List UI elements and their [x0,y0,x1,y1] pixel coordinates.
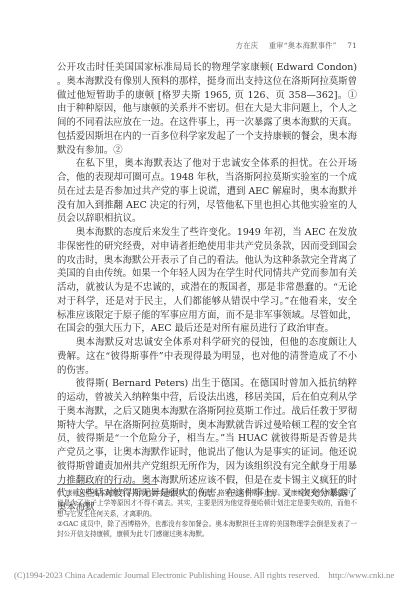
running-header: 方在庆 重审“奥本海默事件” 71 [228,41,357,51]
copyright-footer: (C)1994-2023 China Academic Journal Elec… [14,570,394,580]
footnote-2: ②GAC 成员中，除了西博格外，也都没有参加餐会。奥本海默担任主席的美国物理学会… [57,519,357,540]
paragraph: 奥本海默反对忠诚安全体系对科学研究的侵蚀，但他的态度颇让人费解。这在“彼得斯事件… [57,336,357,377]
paragraph-continued: 公开攻击时任美国国家标准局局长的物理学家康顿( Edward Condon) 。… [57,61,357,157]
header-author: 方在庆 [236,41,258,50]
footer-url: http://www.cnki.ne [328,570,394,580]
paragraph: 奥本海默的态度后来发生了些许变化。1949 年初，当 AEC 在发放非保密性的研… [57,226,357,336]
page-number: 71 [347,41,357,50]
copyright-text: (C)1994-2023 China Academic Journal Elec… [14,570,320,580]
footnote-divider [57,484,157,485]
header-title: 重审“奥本海默事件” [269,41,337,50]
paragraph: 在私下里，奥本海默表达了他对于忠诚安全体系的担忧。在公开场合，他的表现却可圈可点… [57,157,357,226]
footnote-1: ① 康顿只给奥本海默当了六周的助手就辞职了。为此，格罗夫斯非常不理解。在康顿提交… [57,488,357,519]
footnotes: ① 康顿只给奥本海默当了六周的助手就辞职了。为此，格罗夫斯非常不理解。在康顿提交… [57,488,357,539]
body-text: 公开攻击时任美国国家标准局局长的物理学家康顿( Edward Condon) 。… [57,61,357,515]
